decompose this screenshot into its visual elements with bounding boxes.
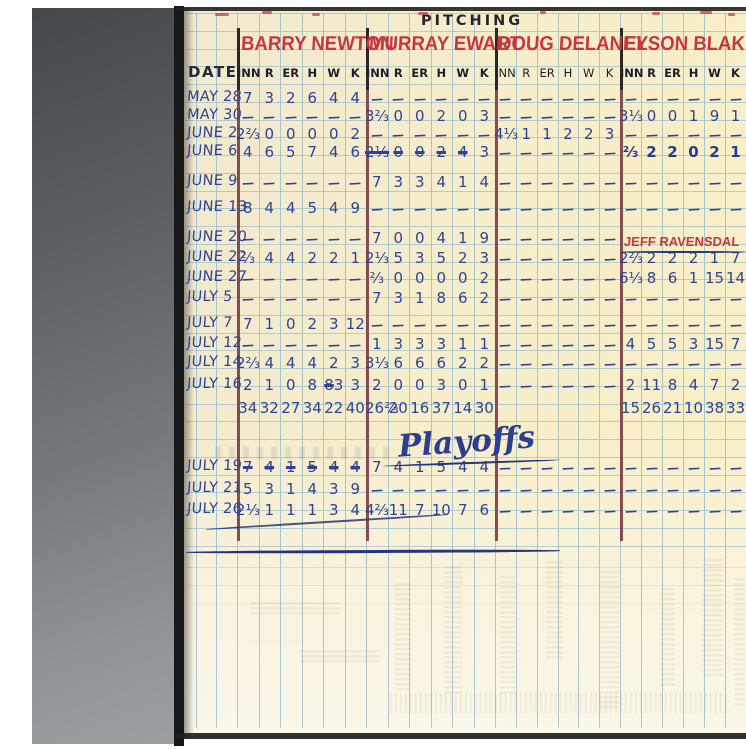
stat-cell: — [724,500,746,521]
stat-cell: — [536,334,559,355]
date-label: JUNE 9 [186,173,238,189]
stat-cell: 2 [322,353,346,373]
stat-cell: 1 [279,479,303,499]
stat-cell: — [536,500,559,521]
stat-value: 2⅓ [365,143,389,161]
stat-cell: — [494,142,517,163]
stat-value: 3 [436,335,446,353]
stat-header-r: R [388,62,410,84]
no-appearance-dash: — [561,354,574,375]
cutoff-ink-mark [652,12,660,15]
stat-cell: 3 [430,334,454,354]
stat-value: 4 [264,249,274,267]
stat-cell: — [301,172,325,193]
totals-cell: 33 [724,398,746,418]
stat-cell: 2⅓ [236,500,260,520]
stat-value: 2 [436,143,446,161]
stat-value: 4 [286,199,296,217]
stat-cell: 3 [682,334,705,354]
no-appearance-dash: — [284,269,297,290]
stat-cell: — [494,288,517,309]
stat-cell: 0 [408,142,432,162]
stat-cell: 0 [387,142,411,162]
no-appearance-dash: — [327,269,340,290]
stat-cell: 0 [408,375,432,395]
stat-cell: — [598,457,621,478]
no-appearance-dash: — [561,501,574,522]
stat-cell: 4 [473,172,497,192]
stat-cell: — [344,334,368,355]
stat-value: 2⅔ [236,354,260,372]
stat-cell: 0 [258,124,282,144]
stat-header-w: W [323,62,345,84]
stat-value: 3 [689,335,699,353]
stat-cell: — [557,172,580,193]
stat-cell: — [640,198,663,219]
stat-header-k: K [599,62,620,84]
stat-cell: — [619,500,642,521]
stat-cell: 0 [387,268,411,288]
stat-value: 0 [286,376,296,394]
stat-cell: — [619,353,642,374]
stat-cell: — [682,198,705,219]
stat-cell: 4⅓ [494,124,517,144]
no-appearance-dash: — [582,249,595,270]
no-appearance-dash: — [729,199,742,220]
stat-cell: — [236,228,260,249]
stat-cell: 15 [703,268,726,288]
no-appearance-dash: — [582,229,595,250]
ghost-bleed-mark [300,650,380,662]
no-appearance-dash: — [499,269,512,290]
stat-cell: — [473,198,497,219]
stat-cell: 4 [473,457,497,477]
stat-cell: — [515,314,538,335]
stat-cell: — [515,172,538,193]
stat-cell: 7 [365,228,389,248]
no-appearance-dash: — [392,199,405,220]
stat-value: 16 [410,399,429,417]
no-appearance-dash: — [645,315,658,336]
stat-cell: ⅔ [619,142,642,162]
stat-cell: 2 [301,248,325,268]
stat-cell: — [236,172,260,193]
stat-cell: — [279,268,303,289]
stat-cell: — [661,353,684,374]
grid-hline [186,528,746,529]
stat-cell: 6 [387,353,411,373]
no-appearance-dash: — [499,376,512,397]
stat-cell: 4 [451,142,475,162]
stat-value: 2 [307,249,317,267]
stat-value: 2 [731,376,741,394]
date-label: JULY 12 [186,335,242,351]
stat-cell: — [598,142,621,163]
no-appearance-dash: — [499,289,512,310]
stat-cell: — [430,314,454,335]
stat-value: 3 [393,173,403,191]
stat-header-er: ER [662,62,683,84]
no-appearance-dash: — [561,143,574,164]
stat-header-k: K [725,62,746,84]
stat-value: 2 [626,376,636,394]
no-appearance-dash: — [687,458,700,479]
stat-value: 4 [329,458,339,476]
stat-cell: — [322,172,346,193]
stat-cell: 9 [344,479,368,499]
no-appearance-dash: — [541,354,554,375]
no-appearance-dash: — [456,315,469,336]
stat-value: 7 [372,289,382,307]
no-appearance-dash: — [499,229,512,250]
stat-cell: — [577,457,600,478]
stat-cell: — [640,353,663,374]
stat-cell: 3⅓ [365,353,389,373]
stat-value: 0 [329,125,339,143]
totals-cell: 30 [473,398,497,418]
stat-value: 6 [668,269,678,287]
stat-cell: — [536,172,559,193]
stat-cell: — [682,288,705,309]
grid-hline [186,84,746,85]
stat-cell: — [577,479,600,500]
no-appearance-dash: — [603,315,616,336]
stat-cell: — [494,248,517,269]
date-label: JULY 19 [186,458,242,474]
no-appearance-dash: — [666,458,679,479]
no-appearance-dash: — [241,269,254,290]
stat-header-r: R [641,62,662,84]
stat-value: 0 [415,143,425,161]
stat-cell: 6 [451,288,475,308]
stat-cell: — [577,172,600,193]
no-appearance-dash: — [603,269,616,290]
stat-cell: — [640,457,663,478]
totals-cell: 40 [344,398,368,418]
stat-cell: — [279,334,303,355]
no-appearance-dash: — [582,458,595,479]
stat-cell: — [661,288,684,309]
cutoff-ink-mark [262,11,272,14]
stat-cell: ⅔ [365,268,389,288]
stat-value: 1 [730,143,740,161]
stat-cell: 0 [279,124,303,144]
stat-cell: — [577,314,600,335]
no-appearance-dash: — [561,480,574,501]
no-appearance-dash: — [645,354,658,375]
stat-value: 0 [415,107,425,125]
stat-cell: 1 [682,268,705,288]
cutoff-ink-mark [700,11,712,14]
stat-cell: — [557,334,580,355]
no-appearance-dash: — [349,173,362,194]
no-appearance-dash: — [708,199,721,220]
stat-cell: 3 [258,479,282,499]
no-appearance-dash: — [729,458,742,479]
stat-cell: — [557,479,580,500]
stat-value: 2 [329,354,339,372]
no-appearance-dash: — [499,354,512,375]
stat-value: 2 [243,376,253,394]
stat-cell: — [557,248,580,269]
stat-cell: — [322,228,346,249]
stat-cell: 2 [724,375,746,395]
stat-cell: — [619,198,642,219]
stat-value: 3 [415,249,425,267]
stat-value: 8 [436,289,446,307]
stat-value: 1 [521,125,531,143]
stat-value: 4 [350,458,360,476]
stat-cell: — [301,268,325,289]
stat-cell: 1 [365,334,389,354]
totals-cell: 22 [322,398,346,418]
stat-cell: 0 [387,106,411,126]
stat-value: 9 [350,480,360,498]
no-appearance-dash: — [624,173,637,194]
stat-value: 1 [458,173,468,191]
stat-cell: 0 [279,314,303,334]
totals-cell: 10 [682,398,705,418]
stat-value: 0 [307,125,317,143]
stat-cell: 4 [344,457,368,477]
no-appearance-dash: — [499,480,512,501]
stat-cell: — [577,268,600,289]
stat-value: 0 [688,143,698,161]
stat-value: 4 [286,249,296,267]
stat-value: 0 [264,125,274,143]
no-appearance-dash: — [306,173,319,194]
stat-cell: — [619,479,642,500]
stat-cell: — [236,268,260,289]
totals-cell: 15 [619,398,642,418]
totals-cell: 37 [430,398,454,418]
stat-cell: — [703,457,726,478]
stat-cell: 3 [408,172,432,192]
no-appearance-dash: — [708,289,721,310]
stat-cell: 2 [473,288,497,308]
stat-cell: — [494,353,517,374]
stat-value: 2 [372,376,382,394]
stat-cell: — [598,198,621,219]
stat-value: 1 [458,229,468,247]
page-title: PITCHING [421,13,523,29]
stat-cell: — [536,353,559,374]
no-appearance-dash: — [666,354,679,375]
no-appearance-dash: — [687,354,700,375]
stat-value: 8 [243,199,253,217]
stat-value: 0 [415,229,425,247]
stat-value: 3 [334,376,344,394]
stat-cell: 6 [661,268,684,288]
no-appearance-dash: — [541,289,554,310]
stat-cell: — [598,479,621,500]
no-appearance-dash: — [582,501,595,522]
no-appearance-dash: — [499,315,512,336]
no-appearance-dash: — [645,480,658,501]
stat-value: 1 [731,107,741,125]
no-appearance-dash: — [729,354,742,375]
ghost-bleed-mark [500,575,515,693]
stat-value: 8 [668,376,678,394]
date-label: MAY 28 [186,89,242,105]
stat-value: 7 [243,458,253,476]
stat-cell: 4 [322,142,346,162]
stat-cell: 5 [387,248,411,268]
stat-value: 4 [329,143,339,161]
stat-value: 6 [415,354,425,372]
stat-value: 15 [705,335,724,353]
stat-value: 21 [663,399,682,417]
stat-cell: — [557,314,580,335]
pitcher-name-elson-blake: ELSON BLAKE [623,33,746,56]
stat-value: 22 [324,399,343,417]
stat-value: 1 [286,458,296,476]
stat-value: 20 [389,399,408,417]
no-appearance-dash: — [478,315,491,336]
stat-value: 3 [605,125,615,143]
stat-cell: — [682,500,705,521]
no-appearance-dash: — [687,501,700,522]
stat-cell: — [365,198,389,219]
stat-value: 27 [281,399,300,417]
ghost-bleed-mark [250,600,340,614]
stat-cell: 8 [430,288,454,308]
date-label: MAY 30 [186,107,242,123]
stat-cell: — [577,288,600,309]
no-appearance-dash: — [624,501,637,522]
stat-value: 2 [646,143,656,161]
stat-value: 0 [393,229,403,247]
stat-value: 4 [350,89,360,107]
stat-cell: 4 [344,88,368,108]
totals-cell: 38 [703,398,726,418]
stat-cell: — [494,375,517,396]
stat-value: 4 [458,458,468,476]
no-appearance-dash: — [729,480,742,501]
no-appearance-dash: — [624,458,637,479]
stat-cell: 3 [408,248,432,268]
stat-cell: 3 [473,142,497,162]
stat-value: 4 [689,376,699,394]
stat-cell: — [494,314,517,335]
stat-cell: — [536,479,559,500]
stat-cell: 0 [279,375,303,395]
no-appearance-dash: — [520,143,533,164]
date-label: JULY 16 [186,376,242,392]
stat-cell: — [724,314,746,335]
date-label: JULY 5 [186,289,233,305]
no-appearance-dash: — [306,229,319,250]
stat-value: 15 [705,269,724,287]
stat-value: 10 [432,501,451,519]
stat-value: 1 [372,335,382,353]
stat-cell: 0 [451,375,475,395]
stat-value: 1 [689,107,699,125]
stat-value: 3 [264,89,274,107]
stat-cell: 2 [279,88,303,108]
stat-cell: — [451,198,475,219]
no-appearance-dash: — [645,173,658,194]
stat-value: 2 [286,89,296,107]
totals-cell: 21 [661,398,684,418]
stat-cell: — [598,375,621,396]
stat-cell: 2⅔ [236,124,260,144]
stat-value: 4 [243,143,253,161]
no-appearance-dash: — [666,315,679,336]
no-appearance-dash: — [370,199,383,220]
grid-hline [186,421,746,422]
stat-cell: 7 [365,172,389,192]
stat-cell: — [557,142,580,163]
cutoff-ink-mark [215,13,229,16]
stat-cell: — [598,500,621,521]
stat-cell: 2⅓ [365,248,389,268]
stat-value: 2 [584,125,594,143]
stat-cell: — [494,500,517,521]
totals-cell: 32 [258,398,282,418]
stat-cell: — [557,228,580,249]
stat-cell: — [322,268,346,289]
stat-header-k: K [474,62,496,84]
no-appearance-dash: — [582,199,595,220]
stat-cell: — [661,198,684,219]
stat-cell: — [703,172,726,193]
stat-value: 1 [415,289,425,307]
stat-cell: 4 [258,248,282,268]
stat-header-er: ER [280,62,302,84]
stat-cell: — [536,198,559,219]
stat-cell: — [536,314,559,335]
no-appearance-dash: — [241,173,254,194]
stat-cell: — [236,288,260,309]
totals-cell: 26⅔ [365,398,389,418]
no-appearance-dash: — [541,229,554,250]
stat-value: 4 [264,458,274,476]
stat-value: 4 [329,199,339,217]
date-label: JULY 7 [186,315,233,331]
stat-header-w: W [578,62,599,84]
stat-cell: ⅔ [236,248,260,268]
date-label: JULY 21 [186,480,242,496]
stat-cell: — [724,288,746,309]
stat-value: 4 [264,199,274,217]
no-appearance-dash: — [435,315,448,336]
stat-cell: 0 [387,375,411,395]
stat-value: 0 [393,269,403,287]
stat-header-inn: INN [237,62,259,84]
no-appearance-dash: — [263,289,276,310]
stat-cell: 3 [473,248,497,268]
stat-value: ⅔ [623,143,639,161]
stat-value: 3 [329,501,339,519]
stat-cell: 4 [279,198,303,218]
no-appearance-dash: — [435,199,448,220]
stat-cell: — [703,288,726,309]
no-appearance-dash: — [582,315,595,336]
no-appearance-dash: — [666,501,679,522]
stat-value: 4 [436,229,446,247]
stat-cell: — [408,479,432,500]
no-appearance-dash: — [561,269,574,290]
stat-cell: — [619,172,642,193]
stat-value: 38 [705,399,724,417]
stat-cell: 14 [724,268,746,288]
stat-value: 2 [329,249,339,267]
stat-cell: — [279,228,303,249]
stat-cell: 3 [258,88,282,108]
stat-cell: — [598,288,621,309]
stat-cell: 2⅔ [236,353,260,373]
